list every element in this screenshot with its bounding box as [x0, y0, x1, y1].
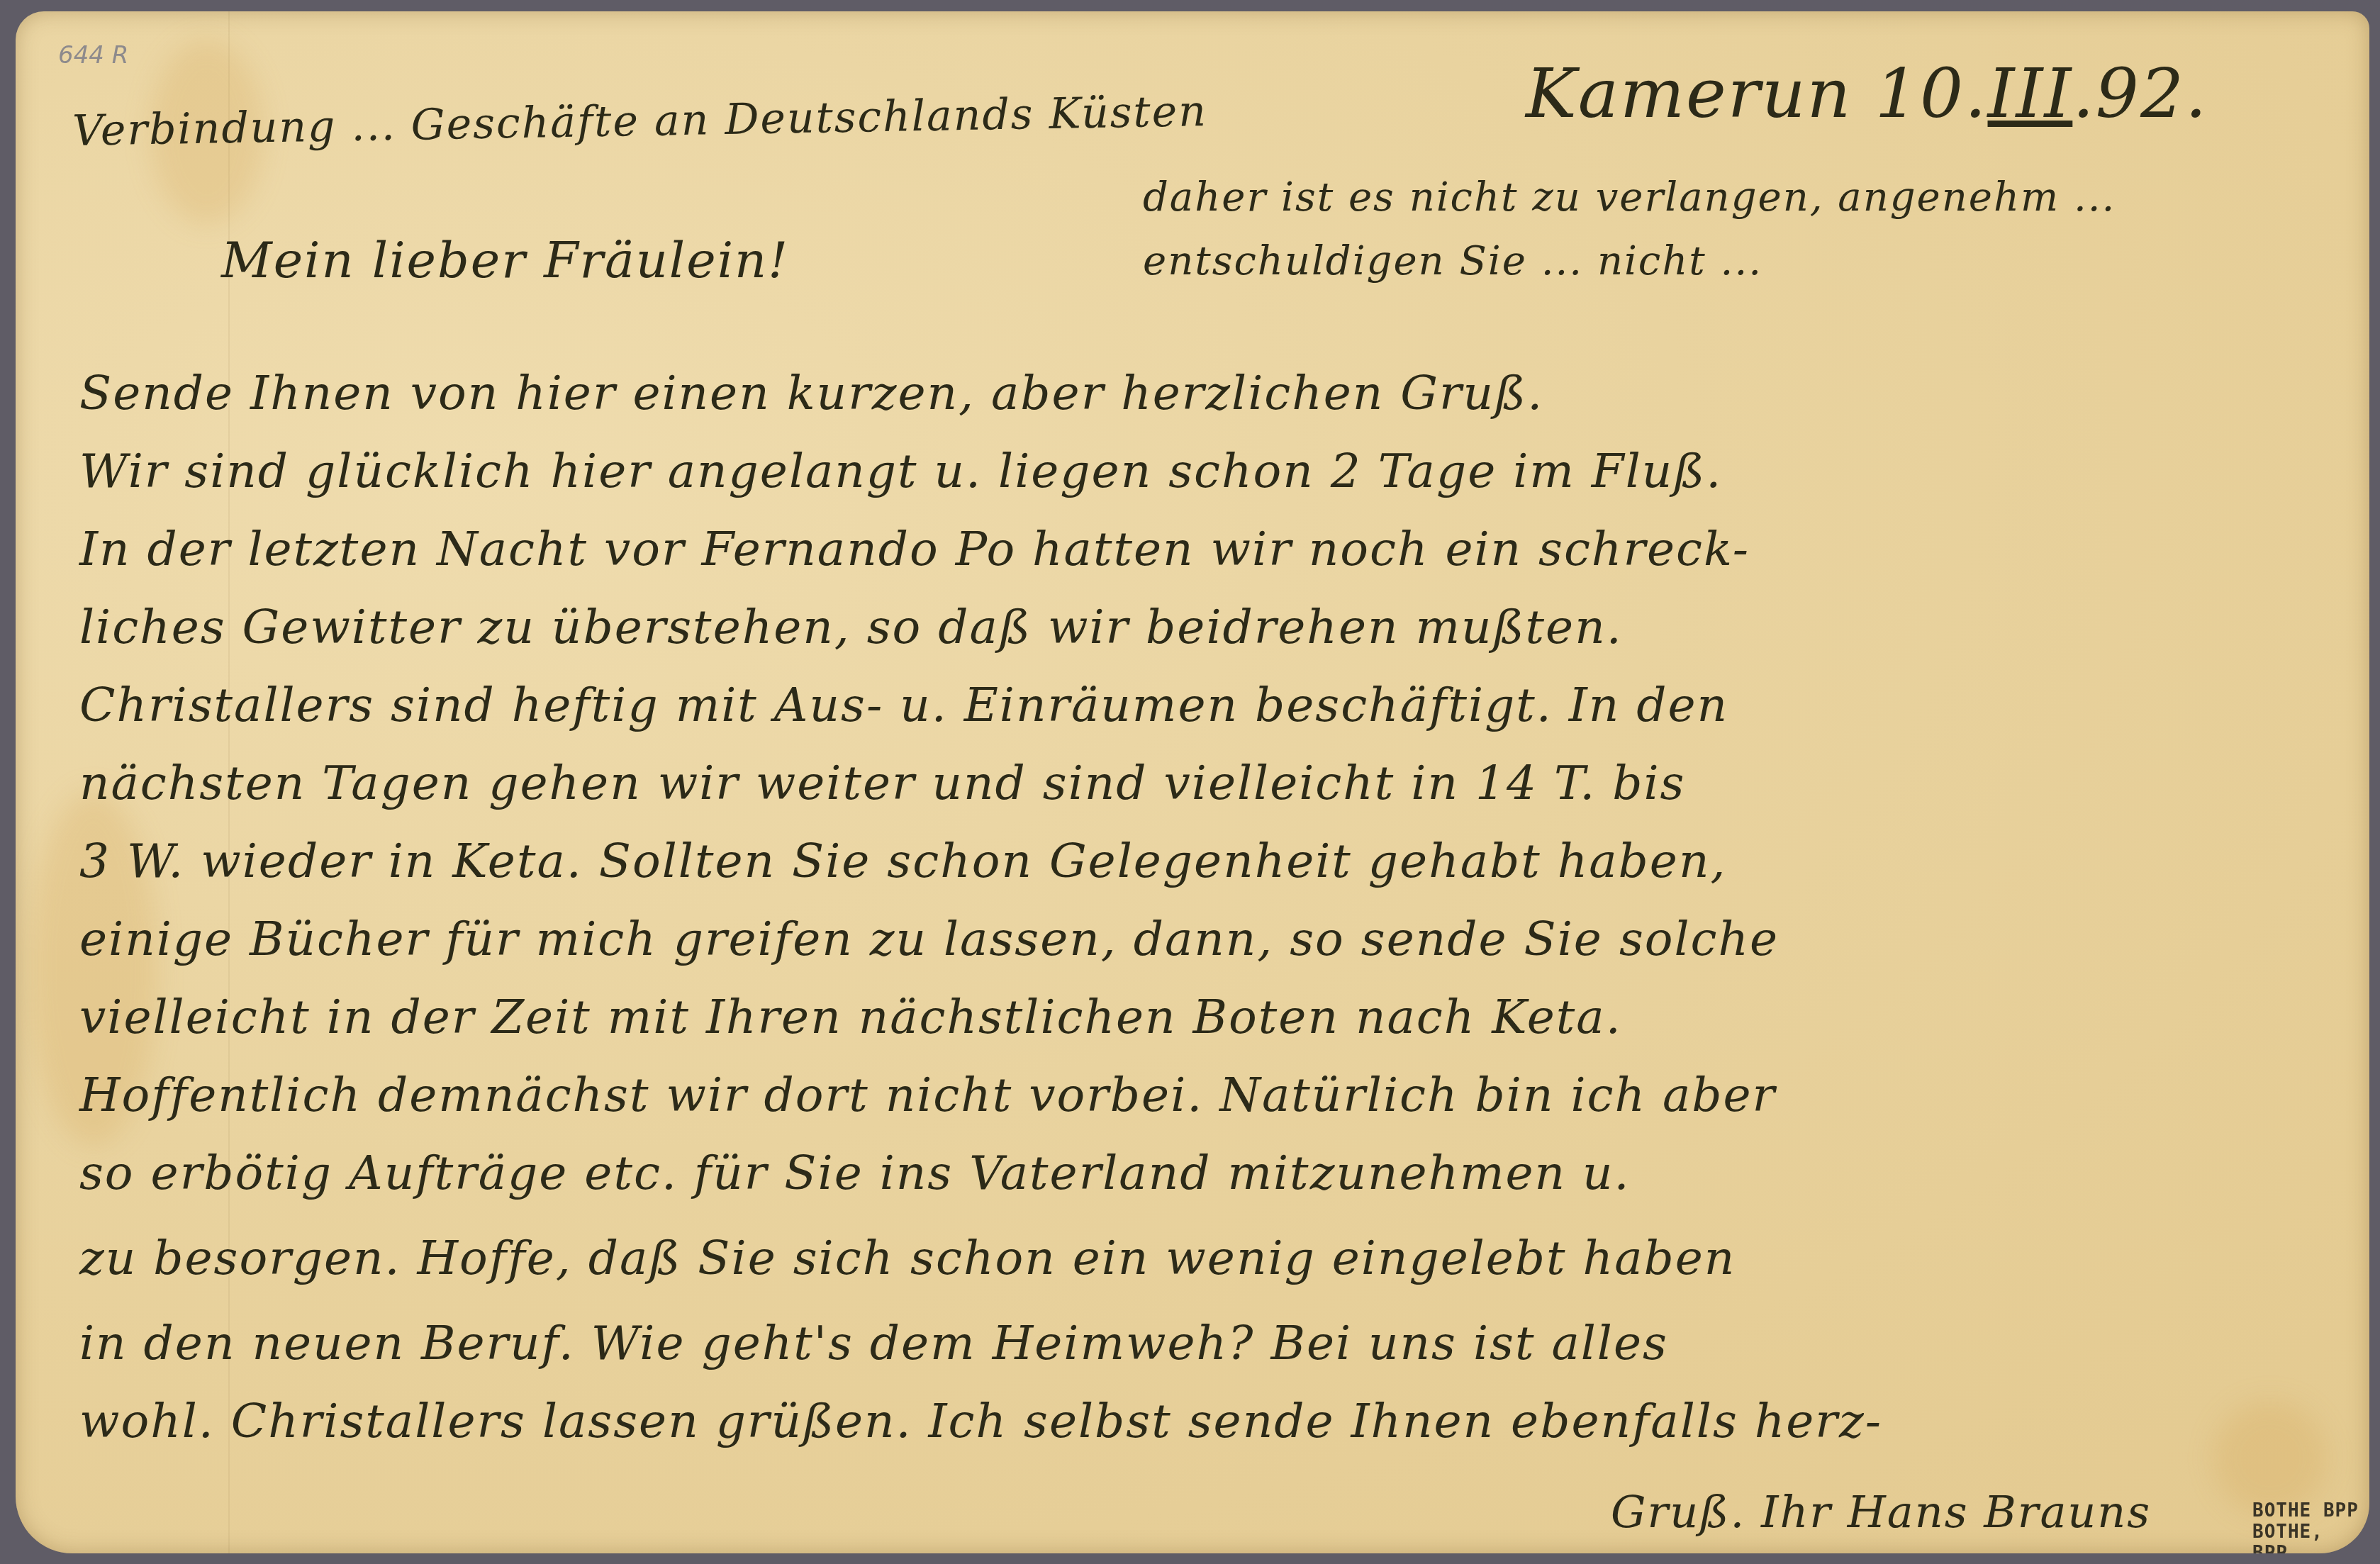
dealer-stamp: BOTHE BPP BOTHE, BPP — [2252, 1500, 2369, 1553]
stamp-line: BOTHE, BPP — [2252, 1521, 2369, 1553]
salutation: Mein lieber Fräulein! — [221, 231, 789, 289]
margin-insert-line: daher ist es nicht zu verlangen, angeneh… — [1143, 174, 2116, 220]
body-line: Wir sind glücklich hier angelangt u. lie… — [79, 444, 1722, 498]
day: 10. — [1875, 54, 1988, 133]
body-line: wohl. Christallers lassen grüßen. Ich se… — [79, 1394, 1882, 1448]
body-line: 3 W. wieder in Keta. Sollten Sie schon G… — [79, 834, 1726, 888]
body-line: Hoffentlich demnächst wir dort nicht vor… — [79, 1068, 1776, 1122]
postcard: 644 R Kamerun 10.III.92. Verbindung ... … — [16, 11, 2369, 1553]
body-line: vielleicht in der Zeit mit Ihren nächstl… — [79, 990, 1622, 1044]
body-line: liches Gewitter zu überstehen, so daß wi… — [79, 600, 1623, 654]
signature: Gruß. Ihr Hans Brauns — [1611, 1486, 2151, 1538]
body-line: in den neuen Beruf. Wie geht's dem Heimw… — [79, 1316, 1668, 1370]
margin-insert-line: entschuldigen Sie ... nicht ... — [1143, 238, 1762, 284]
body-line: Sende Ihnen von hier einen kurzen, aber … — [79, 366, 1543, 420]
age-stain — [2213, 1401, 2327, 1514]
body-line: In der letzten Nacht vor Fernando Po hat… — [79, 522, 1750, 576]
place: Kamerun — [1526, 54, 1852, 133]
archive-mark: 644 R — [58, 41, 128, 69]
body-line: nächsten Tagen gehen wir weiter und sind… — [79, 756, 1685, 810]
month: III — [1988, 54, 2073, 133]
body-line: so erbötig Aufträge etc. für Sie ins Vat… — [79, 1146, 1631, 1200]
body-line: einige Bücher für mich greifen zu lassen… — [79, 912, 1779, 966]
body-line: zu besorgen. Hoffe, daß Sie sich schon e… — [79, 1231, 1736, 1285]
body-line: Christallers sind heftig mit Aus- u. Ein… — [79, 678, 1728, 732]
place-date: Kamerun 10.III.92. — [1526, 54, 2208, 133]
year: .92. — [2072, 54, 2208, 133]
stamp-line: BOTHE BPP — [2252, 1500, 2369, 1521]
